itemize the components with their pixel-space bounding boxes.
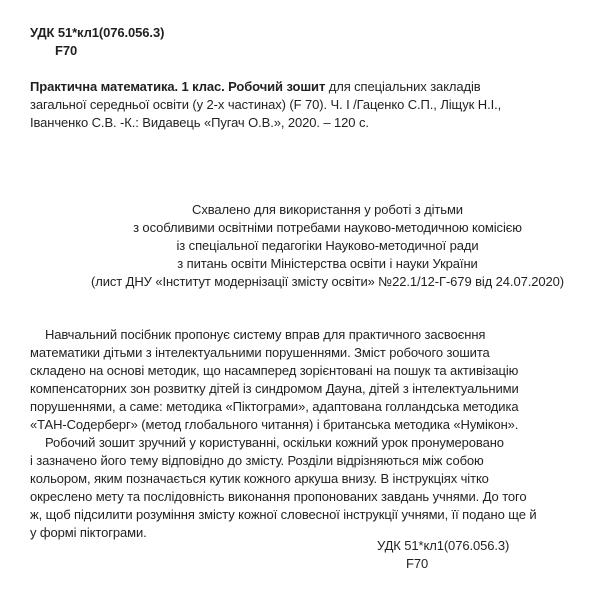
classification-code-top: F70 <box>55 42 77 60</box>
paragraph-line: компенсаторних зон розвитку дітей із син… <box>30 380 519 398</box>
paragraph-line: складено на основі методик, що насампере… <box>30 362 518 380</box>
book-title-rest: для спеціальних закладів <box>325 79 480 94</box>
paragraph-line: порушеннями, а саме: методика «Піктограм… <box>30 398 518 416</box>
approval-line: з питань освіти Міністерства освіти і на… <box>0 255 611 273</box>
paragraph-line: ж, щоб підсилити розуміння змісту кожної… <box>30 506 537 524</box>
approval-line: (лист ДНУ «Інститут модернізації змісту … <box>0 273 611 291</box>
udk-code-bottom: УДК 51*кл1(076.056.3) <box>377 537 509 555</box>
paragraph-line: Робочий зошит зручний у користуванні, ос… <box>45 434 504 452</box>
classification-code-bottom: F70 <box>406 555 428 573</box>
paragraph-line: окреслено мету та послідовність виконанн… <box>30 488 527 506</box>
bibliographic-line-2: загальної середньої освіти (у 2-х частин… <box>30 96 501 114</box>
bibliographic-line-1: Практична математика. 1 клас. Робочий зо… <box>30 78 481 96</box>
approval-line: із спеціальної педагогіки Науково-методи… <box>0 237 611 255</box>
paragraph-line: кольором, яким позначається кутик кожног… <box>30 470 489 488</box>
bibliographic-line-3: Іванченко С.В. -К.: Видавець «Пугач О.В.… <box>30 114 369 132</box>
approval-line: Схвалено для використання у роботі з діт… <box>0 201 611 219</box>
paragraph-line: у формі піктограми. <box>30 524 147 542</box>
paragraph-line: «ТАН-Содерберг» (метод глобального читан… <box>30 416 518 434</box>
udk-code-top: УДК 51*кл1(076.056.3) <box>30 24 164 42</box>
book-title: Практична математика. 1 клас. Робочий зо… <box>30 79 325 94</box>
approval-line: з особливими освітніми потребами науково… <box>0 219 611 237</box>
paragraph-line: математики дітьми з інтелектуальними пор… <box>30 344 490 362</box>
paragraph-line: Навчальний посібник пропонує систему впр… <box>45 326 485 344</box>
paragraph-line: і зазначено його тему відповідно до зміс… <box>30 452 484 470</box>
